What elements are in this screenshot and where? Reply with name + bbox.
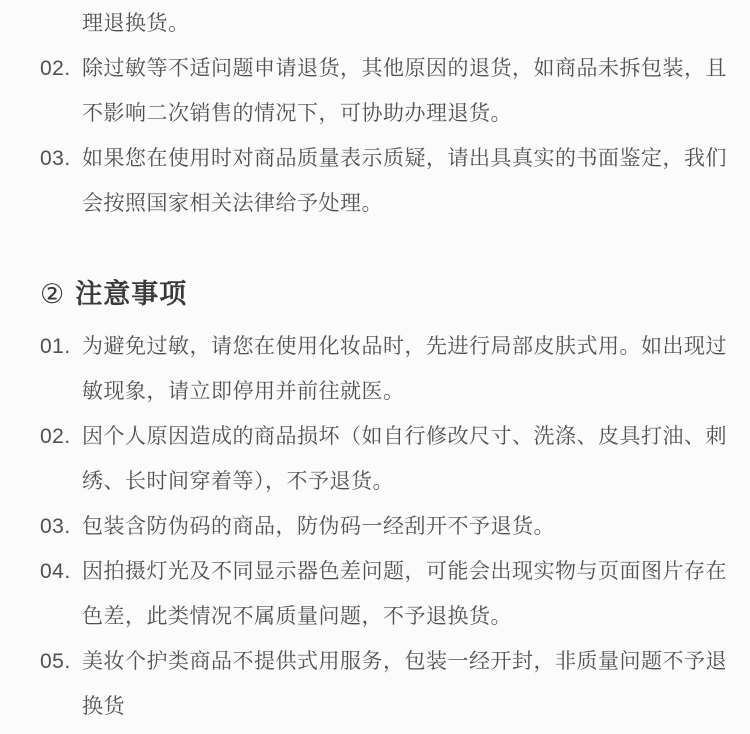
item-text: 除过敏等不适问题申请退货，其他原因的退货，如商品未拆包装，且 不影响二次销售的情… [82, 46, 742, 136]
item-number: 02. [40, 414, 82, 459]
policy-section-notes: ② 注意事项 01. 为避免过敏，请您在使用化妆品时，先进行局部皮肤式用。如出现… [40, 274, 750, 729]
policy-page: 理退换货。 02. 除过敏等不适问题申请退货，其他原因的退货，如商品未拆包装，且… [0, 0, 750, 734]
item-text: 如果您在使用时对商品质量表示质疑，请出具真实的书面鉴定，我们 会按照国家相关法律… [82, 136, 742, 226]
policy-list-item: 05. 美妆个护类商品不提供式用服务，包装一经开封，非质量问题不予退 换货 [40, 639, 750, 729]
policy-list-item: 02. 除过敏等不适问题申请退货，其他原因的退货，如商品未拆包装，且 不影响二次… [40, 46, 750, 136]
item-number: 05. [40, 639, 82, 684]
section-heading-title: 注意事项 [75, 274, 187, 314]
policy-list-item: 理退换货。 [40, 1, 750, 46]
item-number: 04. [40, 549, 82, 594]
policy-list-item: 02. 因个人原因造成的商品损坏（如自行修改尺寸、洗涤、皮具打油、刺 绣、长时间… [40, 414, 750, 504]
item-text: 因个人原因造成的商品损坏（如自行修改尺寸、洗涤、皮具打油、刺 绣、长时间穿着等）… [82, 414, 742, 504]
item-text: 美妆个护类商品不提供式用服务，包装一经开封，非质量问题不予退 换货 [82, 639, 742, 729]
item-number: 03. [40, 504, 82, 549]
policy-list-item: 03. 包装含防伪码的商品，防伪码一经刮开不予退货。 [40, 504, 750, 549]
policy-section-returns: 理退换货。 02. 除过敏等不适问题申请退货，其他原因的退货，如商品未拆包装，且… [40, 1, 750, 226]
policy-list-item: 01. 为避免过敏，请您在使用化妆品时，先进行局部皮肤式用。如出现过 敏现象，请… [40, 324, 750, 414]
item-text: 为避免过敏，请您在使用化妆品时，先进行局部皮肤式用。如出现过 敏现象，请立即停用… [82, 324, 742, 414]
item-number: 03. [40, 136, 82, 181]
item-number: 01. [40, 324, 82, 369]
circled-2-icon: ② [40, 274, 65, 314]
item-text: 理退换货。 [82, 1, 742, 46]
item-text: 因拍摄灯光及不同显示器色差问题，可能会出现实物与页面图片存在 色差，此类情况不属… [82, 549, 742, 639]
section-heading: ② 注意事项 [40, 274, 750, 314]
item-text: 包装含防伪码的商品，防伪码一经刮开不予退货。 [82, 504, 742, 549]
item-number: 02. [40, 46, 82, 91]
policy-list-item: 03. 如果您在使用时对商品质量表示质疑，请出具真实的书面鉴定，我们 会按照国家… [40, 136, 750, 226]
policy-list-item: 04. 因拍摄灯光及不同显示器色差问题，可能会出现实物与页面图片存在 色差，此类… [40, 549, 750, 639]
